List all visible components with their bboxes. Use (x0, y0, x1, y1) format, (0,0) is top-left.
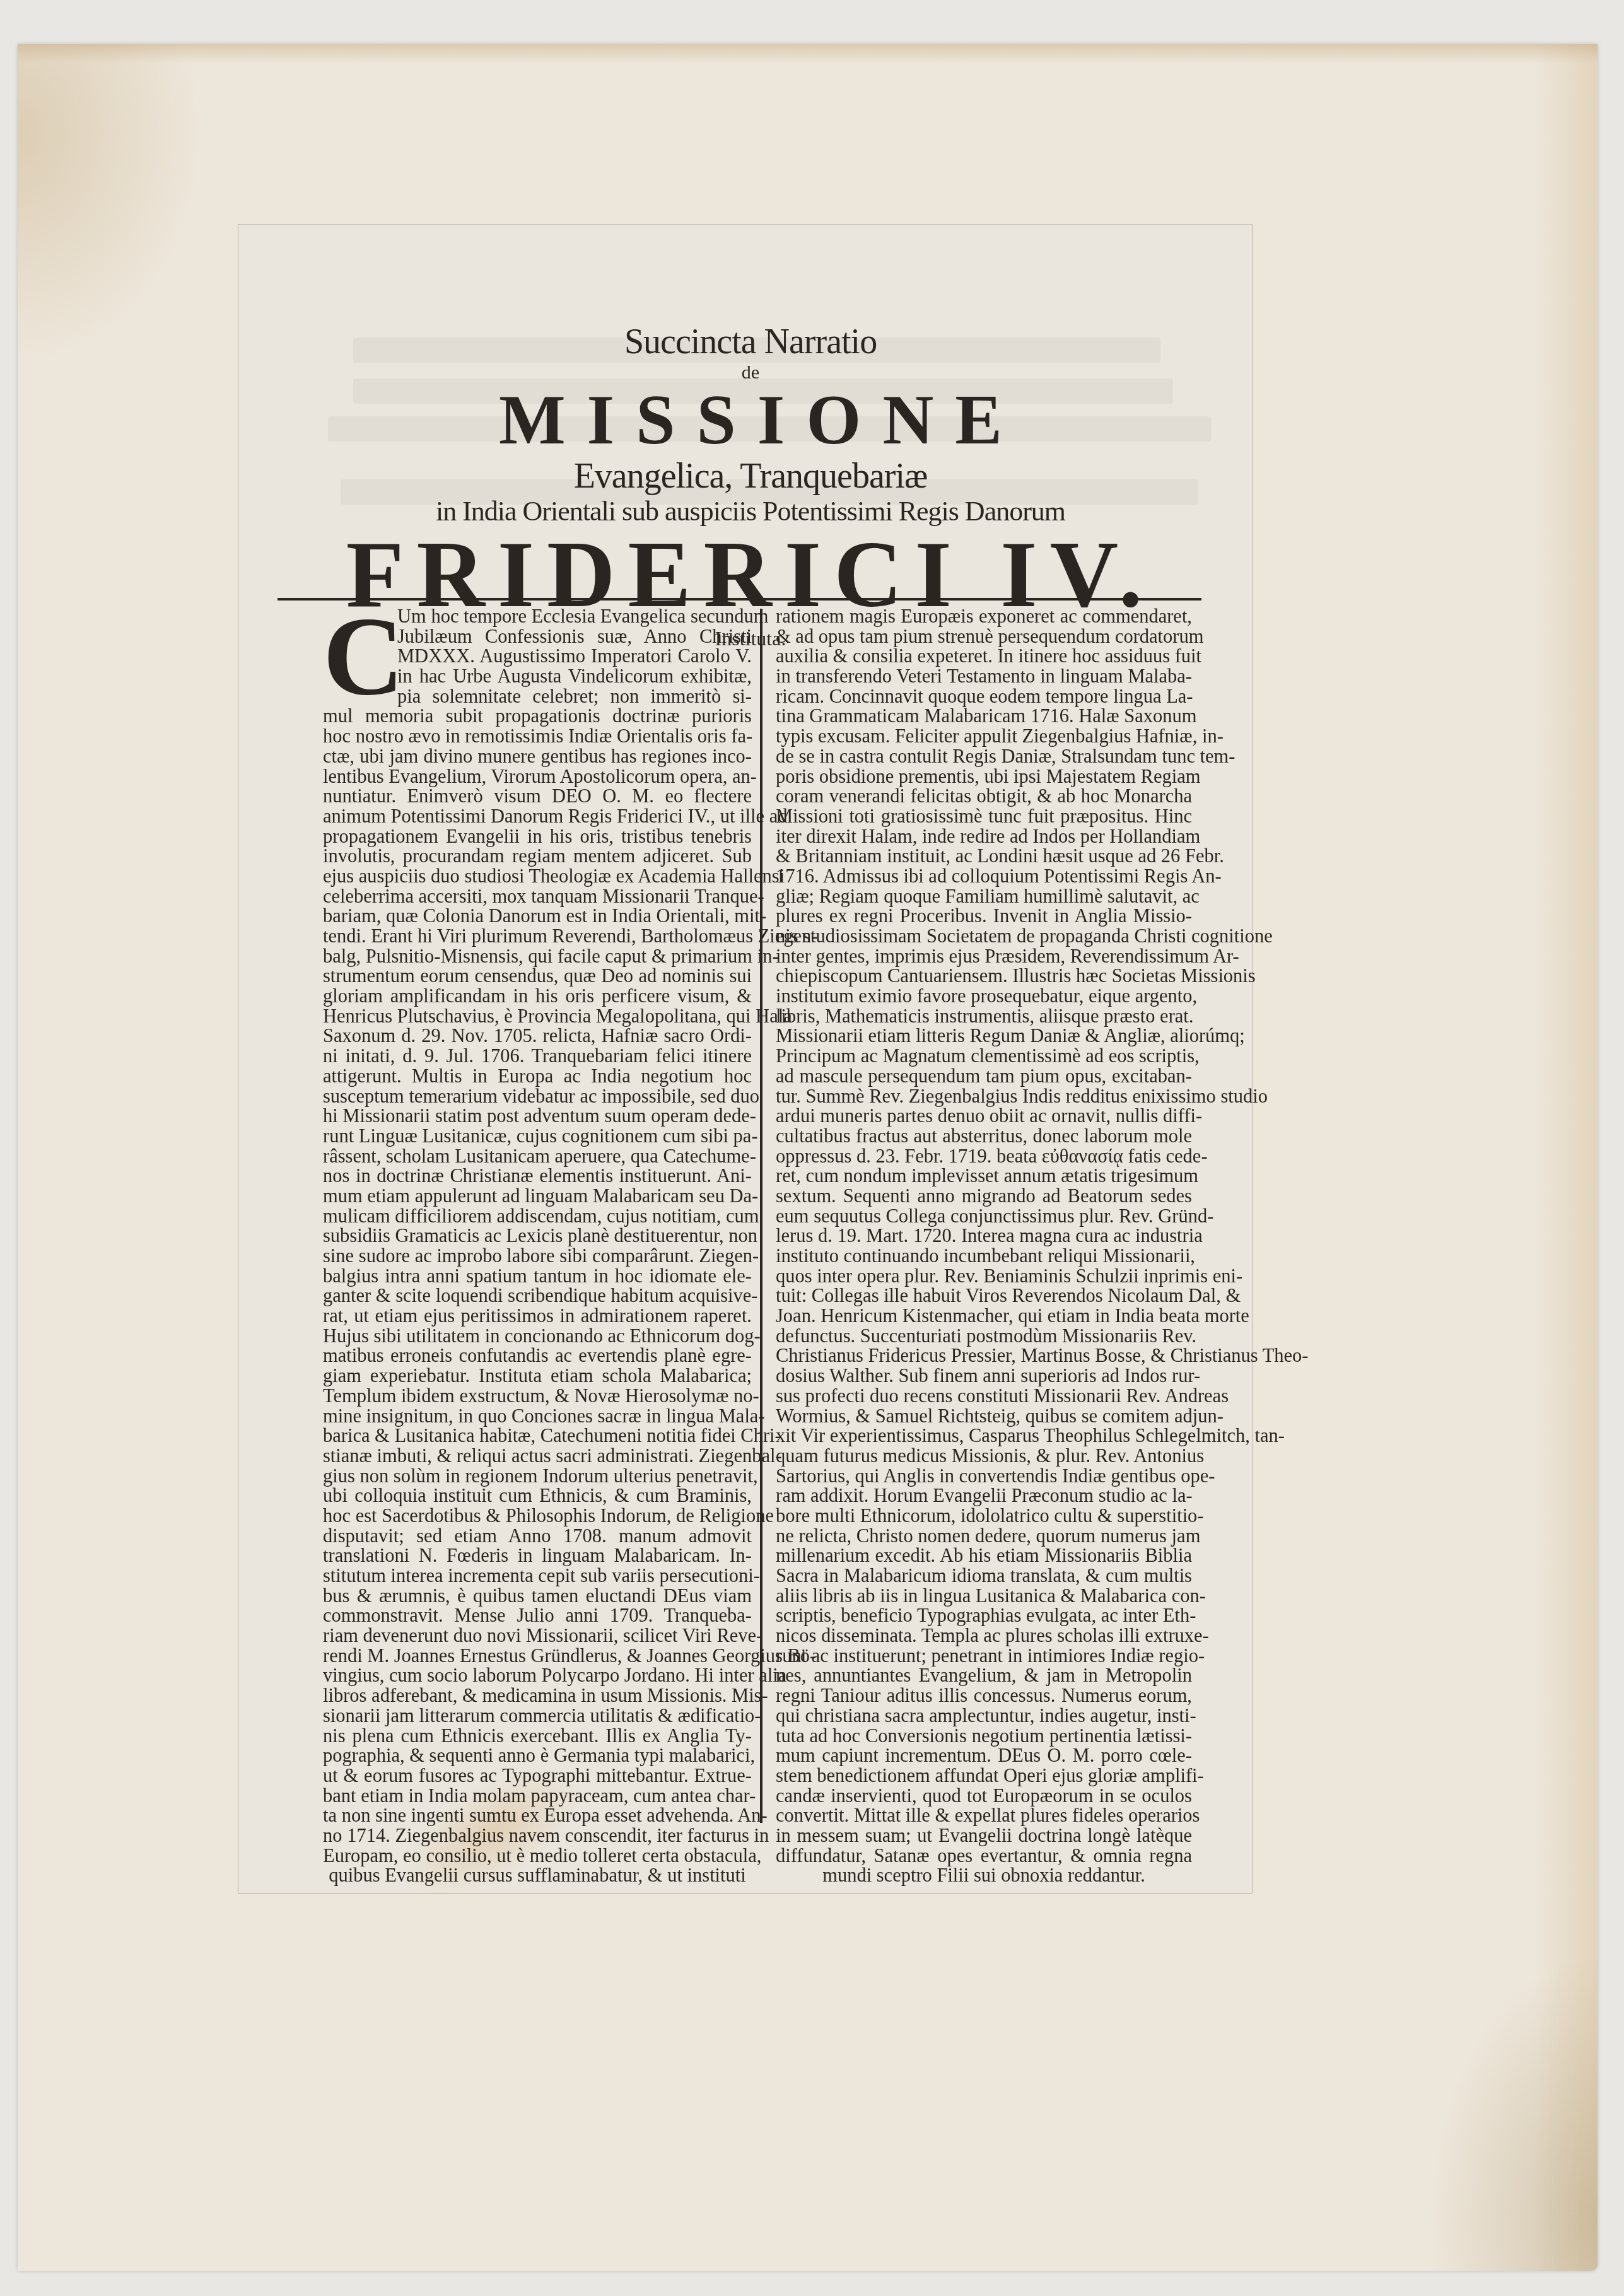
text-line: tur. Summè Rev. Ziegenbalgius Indis redd… (776, 1087, 1192, 1107)
text-line: hoc est Sacerdotibus & Philosophis Indor… (323, 1506, 752, 1526)
text-line: iter direxit Halam, inde redire ad Indos… (776, 827, 1192, 847)
text-line: mine insignitum, in quo Conciones sacræ … (323, 1407, 752, 1427)
text-line: defunctus. Succenturiati postmodùm Missi… (776, 1327, 1192, 1347)
text-line: libris, Mathematicis instrumentis, aliis… (776, 1007, 1192, 1027)
text-line: gliæ; Regiam quoque Familiam humillimè s… (776, 887, 1192, 907)
text-line: Jubilæum Confessionis suæ, Anno Christi (323, 627, 752, 647)
text-line: no 1714. Ziegenbalgius navem conscendit,… (323, 1826, 752, 1846)
text-line: nis studiosissimam Societatem de propaga… (776, 927, 1192, 947)
text-line: rationem magis Europæis exponeret ac com… (776, 607, 1192, 627)
text-line: qui christiana sacra amplectuntur, indie… (776, 1706, 1192, 1726)
text-line: pia solemnitate celebret; non immeritò s… (323, 687, 752, 707)
text-line: nicos disseminata. Templa ac plures scho… (776, 1626, 1192, 1646)
text-line: ricam. Concinnavit quoque eodem tempore … (776, 687, 1192, 707)
text-line: de se in castra contulit Regis Daniæ, St… (776, 747, 1192, 767)
text-line: sextum. Sequenti anno migrando ad Beator… (776, 1186, 1192, 1207)
text-line: 1716. Admissus ibi ad colloquium Potenti… (776, 867, 1192, 887)
text-line: balg, Pulsnitio-Misnensis, qui facile ca… (323, 947, 752, 967)
text-line: ardui muneris partes denuo obiit ac orna… (776, 1106, 1192, 1127)
text-line: Sacra in Malabaricum idioma translata, &… (776, 1566, 1192, 1586)
text-line: disputavit; sed etiam Anno 1708. manum a… (323, 1526, 752, 1547)
text-line: pographia, & sequenti anno è Germania ty… (323, 1746, 752, 1766)
text-line: eum sequutus Collega conjunctissimus plu… (776, 1207, 1192, 1227)
text-line: ejus auspiciis duo studiosi Theologiæ ex… (323, 867, 752, 887)
text-line: nes, annuntiantes Evangelium, & jam in M… (776, 1666, 1192, 1686)
text-line: xit Vir experientissimus, Casparus Theop… (776, 1426, 1192, 1446)
text-line: lerus d. 19. Mart. 1720. Interea magna c… (776, 1226, 1192, 1246)
text-line: Joan. Henricum Kistenmacher, qui etiam i… (776, 1306, 1192, 1327)
text-line: tuta ad hoc Conversionis negotium pertin… (776, 1726, 1192, 1747)
text-line: ta non sine ingenti sumtu ex Europa esse… (323, 1806, 752, 1826)
text-line: sine sudore ac improbo labore sibi compa… (323, 1246, 752, 1267)
text-line: mum etiam appulerunt ad linguam Malabari… (323, 1186, 752, 1207)
text-line: ne relicta, Christo nomen dedere, quorum… (776, 1526, 1192, 1547)
text-line: auxilia & consilia expeteret. In itinere… (776, 647, 1192, 667)
text-line: riam devenerunt duo novi Missionarii, sc… (323, 1626, 752, 1646)
text-line: susceptum temerarium videbatur ac imposs… (323, 1087, 752, 1107)
text-line: mundi sceptro Filii sui obnoxia reddantu… (776, 1866, 1192, 1886)
text-line: in hac Urbe Augusta Vindelicorum exhibit… (323, 667, 752, 687)
text-line: tuit: Collegas ille habuit Viros Reveren… (776, 1286, 1192, 1306)
text-line: oppressus d. 23. Febr. 1719. beata εὐθαν… (776, 1147, 1192, 1167)
text-line: institutum eximio favore prosequebatur, … (776, 987, 1192, 1007)
edge-stain (18, 44, 1598, 63)
text-line: tendi. Erant hi Viri plurimum Reverendi,… (323, 927, 752, 947)
text-line: Templum ibidem exstructum, & Novæ Hieros… (323, 1386, 752, 1407)
text-line: chiepiscopum Cantuariensem. Illustris hæ… (776, 966, 1192, 987)
text-line: bant etiam in India molam papyraceam, cu… (323, 1786, 752, 1807)
text-line: ni initati, d. 9. Jul. 1706. Tranquebari… (323, 1046, 752, 1067)
text-line: Europam, eo consilio, ut è medio tollere… (323, 1846, 752, 1866)
text-line: Missionarii etiam litteris Regum Daniæ &… (776, 1026, 1192, 1046)
text-line: quos inter opera plur. Rev. Beniaminis S… (776, 1267, 1192, 1287)
text-line: sus profecti duo recens constituti Missi… (776, 1386, 1192, 1407)
text-line: celeberrima accersiti, mox tanquam Missi… (323, 887, 752, 907)
text-line: sionarii jam litterarum commercia utilit… (323, 1706, 752, 1726)
text-line: in messem suam; ut Evangelii doctrina lo… (776, 1826, 1192, 1846)
text-line: subsidiis Gramaticis ac Lexicis planè de… (323, 1226, 752, 1246)
text-line: coram venerandi felicitas obtigit, & ab … (776, 787, 1192, 807)
text-line: & ad opus tam pium strenuè persequendum … (776, 627, 1192, 647)
text-line: giam experiebatur. Instituta etiam schol… (323, 1366, 752, 1386)
title-missione: MISSIONE (274, 384, 1249, 457)
text-line: nis plena cum Ethnicis exercebant. Illis… (323, 1726, 752, 1747)
text-line: instituto continuando incumbebant reliqu… (776, 1246, 1192, 1267)
text-line: râssent, scholam Lusitanicam aperuere, q… (323, 1147, 752, 1167)
text-line: regni Taniour aditus illis concessus. Nu… (776, 1686, 1192, 1706)
text-line: libros adferebant, & medicamina in usum … (323, 1686, 752, 1706)
text-line: attigerunt. Multis in Europa ac India ne… (323, 1067, 752, 1087)
text-line: runt ac instituerunt; penetrant in intim… (776, 1646, 1192, 1666)
text-line: MDXXX. Augustissimo Imperatori Carolo V. (323, 647, 752, 667)
text-line: Wormius, & Samuel Richtsteig, quibus se … (776, 1407, 1192, 1427)
text-line: inter gentes, imprimis ejus Præsidem, Re… (776, 947, 1192, 967)
text-line: stitutum interea incrementa cepit sub va… (323, 1566, 752, 1586)
text-line: aliis libris ab iis in lingua Lusitanica… (776, 1586, 1192, 1607)
text-line: hoc nostro ævo in remotissimis Indiæ Ori… (323, 727, 752, 747)
text-line: ganter & scite loquendi scribendique hab… (323, 1286, 752, 1306)
text-line: matibus erroneis confutandis ac evertend… (323, 1346, 752, 1366)
text-line: strumentum eorum censendus, quæ Deo ad n… (323, 966, 752, 987)
text-line: tina Grammaticam Malabaricam 1716. Halæ … (776, 706, 1192, 727)
title-line-1: Succincta Narratio (252, 322, 1249, 362)
text-line: nuntiatur. Enimverò visum DEO O. M. eo f… (323, 787, 752, 807)
text-line: stem benedictionem affundat Operi ejus g… (776, 1766, 1192, 1786)
text-line: diffundatur, Satanæ opes evertantur, & o… (776, 1846, 1192, 1866)
text-line: bariam, quæ Colonia Danorum est in India… (323, 906, 752, 927)
text-line: barica & Lusitanica habitæ, Catechumeni … (323, 1426, 752, 1446)
text-line: mum capiunt incrementum. DEus O. M. porr… (776, 1746, 1192, 1766)
text-line: gius non solùm in regionem Indorum ulter… (323, 1467, 752, 1487)
text-line: Sartorius, qui Anglis in convertendis In… (776, 1467, 1192, 1487)
text-line: ut & eorum fusores ac Typographi mitteba… (323, 1766, 752, 1786)
text-line: poris obsidione prementis, ubi ipsi Maje… (776, 767, 1192, 787)
text-line: bus & ærumnis, è quibus tamen eluctandi … (323, 1586, 752, 1607)
text-line: in transferendo Veteri Testamento in lin… (776, 667, 1192, 687)
text-line: ret, cum nondum implevisset annum ætatis… (776, 1166, 1192, 1186)
text-line: quibus Evangelii cursus sufflaminabatur,… (323, 1866, 752, 1886)
text-line: commonstravit. Mense Julio anni 1709. Tr… (323, 1606, 752, 1626)
text-line: candæ inservienti, quod tot Europæorum i… (776, 1786, 1192, 1807)
text-line: millenarium excedit. Ab his etiam Missio… (776, 1546, 1192, 1566)
text-line: typis excusam. Feliciter appulit Ziegenb… (776, 727, 1192, 747)
title-line-2: de (252, 362, 1249, 384)
text-line: ad mascule persequendum tam pium opus, e… (776, 1067, 1192, 1087)
text-line: vingius, cum socio laborum Polycarpo Jor… (323, 1666, 752, 1686)
text-line: cultatibus fractus aut absterritus, done… (776, 1127, 1192, 1147)
text-line: Principum ac Magnatum clementissimè ad e… (776, 1046, 1192, 1067)
text-line: runt Linguæ Lusitanicæ, cujus cognitione… (323, 1127, 752, 1147)
text-line: Um hoc tempore Ecclesia Evangelica secun… (323, 607, 752, 627)
text-line: translationi N. Fœderis in linguam Malab… (323, 1546, 752, 1566)
text-line: convertit. Mittat ille & expellat plures… (776, 1806, 1192, 1826)
text-line: plures ex regni Proceribus. Invenit in A… (776, 906, 1192, 927)
text-line: hi Missionarii statim post adventum suum… (323, 1106, 752, 1127)
text-line: gloriam amplificandam in his oris perfic… (323, 987, 752, 1007)
text-line: bore multi Ethnicorum, idololatrico cult… (776, 1506, 1192, 1526)
text-line: balgius intra anni spatium tantum in hoc… (323, 1267, 752, 1287)
text-line: ram addixit. Horum Evangelii Præconum st… (776, 1486, 1192, 1506)
text-line: stianæ imbuti, & reliqui actus sacri adm… (323, 1446, 752, 1467)
text-line: ctæ, ubi jam divino munere gentibus has … (323, 747, 752, 767)
text-line: rat, ut etiam ejus peritissimos in admir… (323, 1306, 752, 1327)
text-line: involutis, procurandam regiam mentem adj… (323, 846, 752, 867)
text-line: quam futurus medicus Missionis, & plur. … (776, 1446, 1192, 1467)
text-line: propagationem Evangelii in his oris, tri… (323, 827, 752, 847)
text-line: ubi colloquia instituit cum Ethnicis, & … (323, 1486, 752, 1506)
text-line: Henricus Plutschavius, è Provincia Megal… (323, 1007, 752, 1027)
text-line: mul memoria subit propagationis doctrinæ… (323, 706, 752, 727)
text-line: lentibus Evangelium, Virorum Apostolicor… (323, 767, 752, 787)
text-line: dosius Walther. Sub finem anni superiori… (776, 1366, 1192, 1386)
header-rule (277, 598, 1201, 600)
text-line: mulicam difficiliorem addiscendam, cujus… (323, 1207, 752, 1227)
text-line: nos in doctrinæ Christianæ elementis ins… (323, 1166, 752, 1186)
title-line-4: Evangelica, Tranquebariæ (252, 457, 1249, 496)
text-line: Missioni toti gratiosissimè tunc fuit pr… (776, 807, 1192, 827)
text-line: Christianus Fridericus Pressier, Martinu… (776, 1346, 1192, 1366)
text-line: Hujus sibi utilitatem in concionando ac … (323, 1327, 752, 1347)
text-line: & Britanniam instituit, ac Londini hæsit… (776, 846, 1192, 867)
text-line: animum Potentissimi Danorum Regis Frider… (323, 807, 752, 827)
text-line: Saxonum d. 29. Nov. 1705. relicta, Hafni… (323, 1026, 752, 1046)
left-column: Um hoc tempore Ecclesia Evangelica secun… (323, 607, 752, 1886)
text-line: rendi M. Joannes Ernestus Gründlerus, & … (323, 1646, 752, 1666)
right-column: rationem magis Europæis exponeret ac com… (776, 607, 1192, 1886)
text-line: scriptis, beneficio Typographias evulgat… (776, 1606, 1192, 1626)
